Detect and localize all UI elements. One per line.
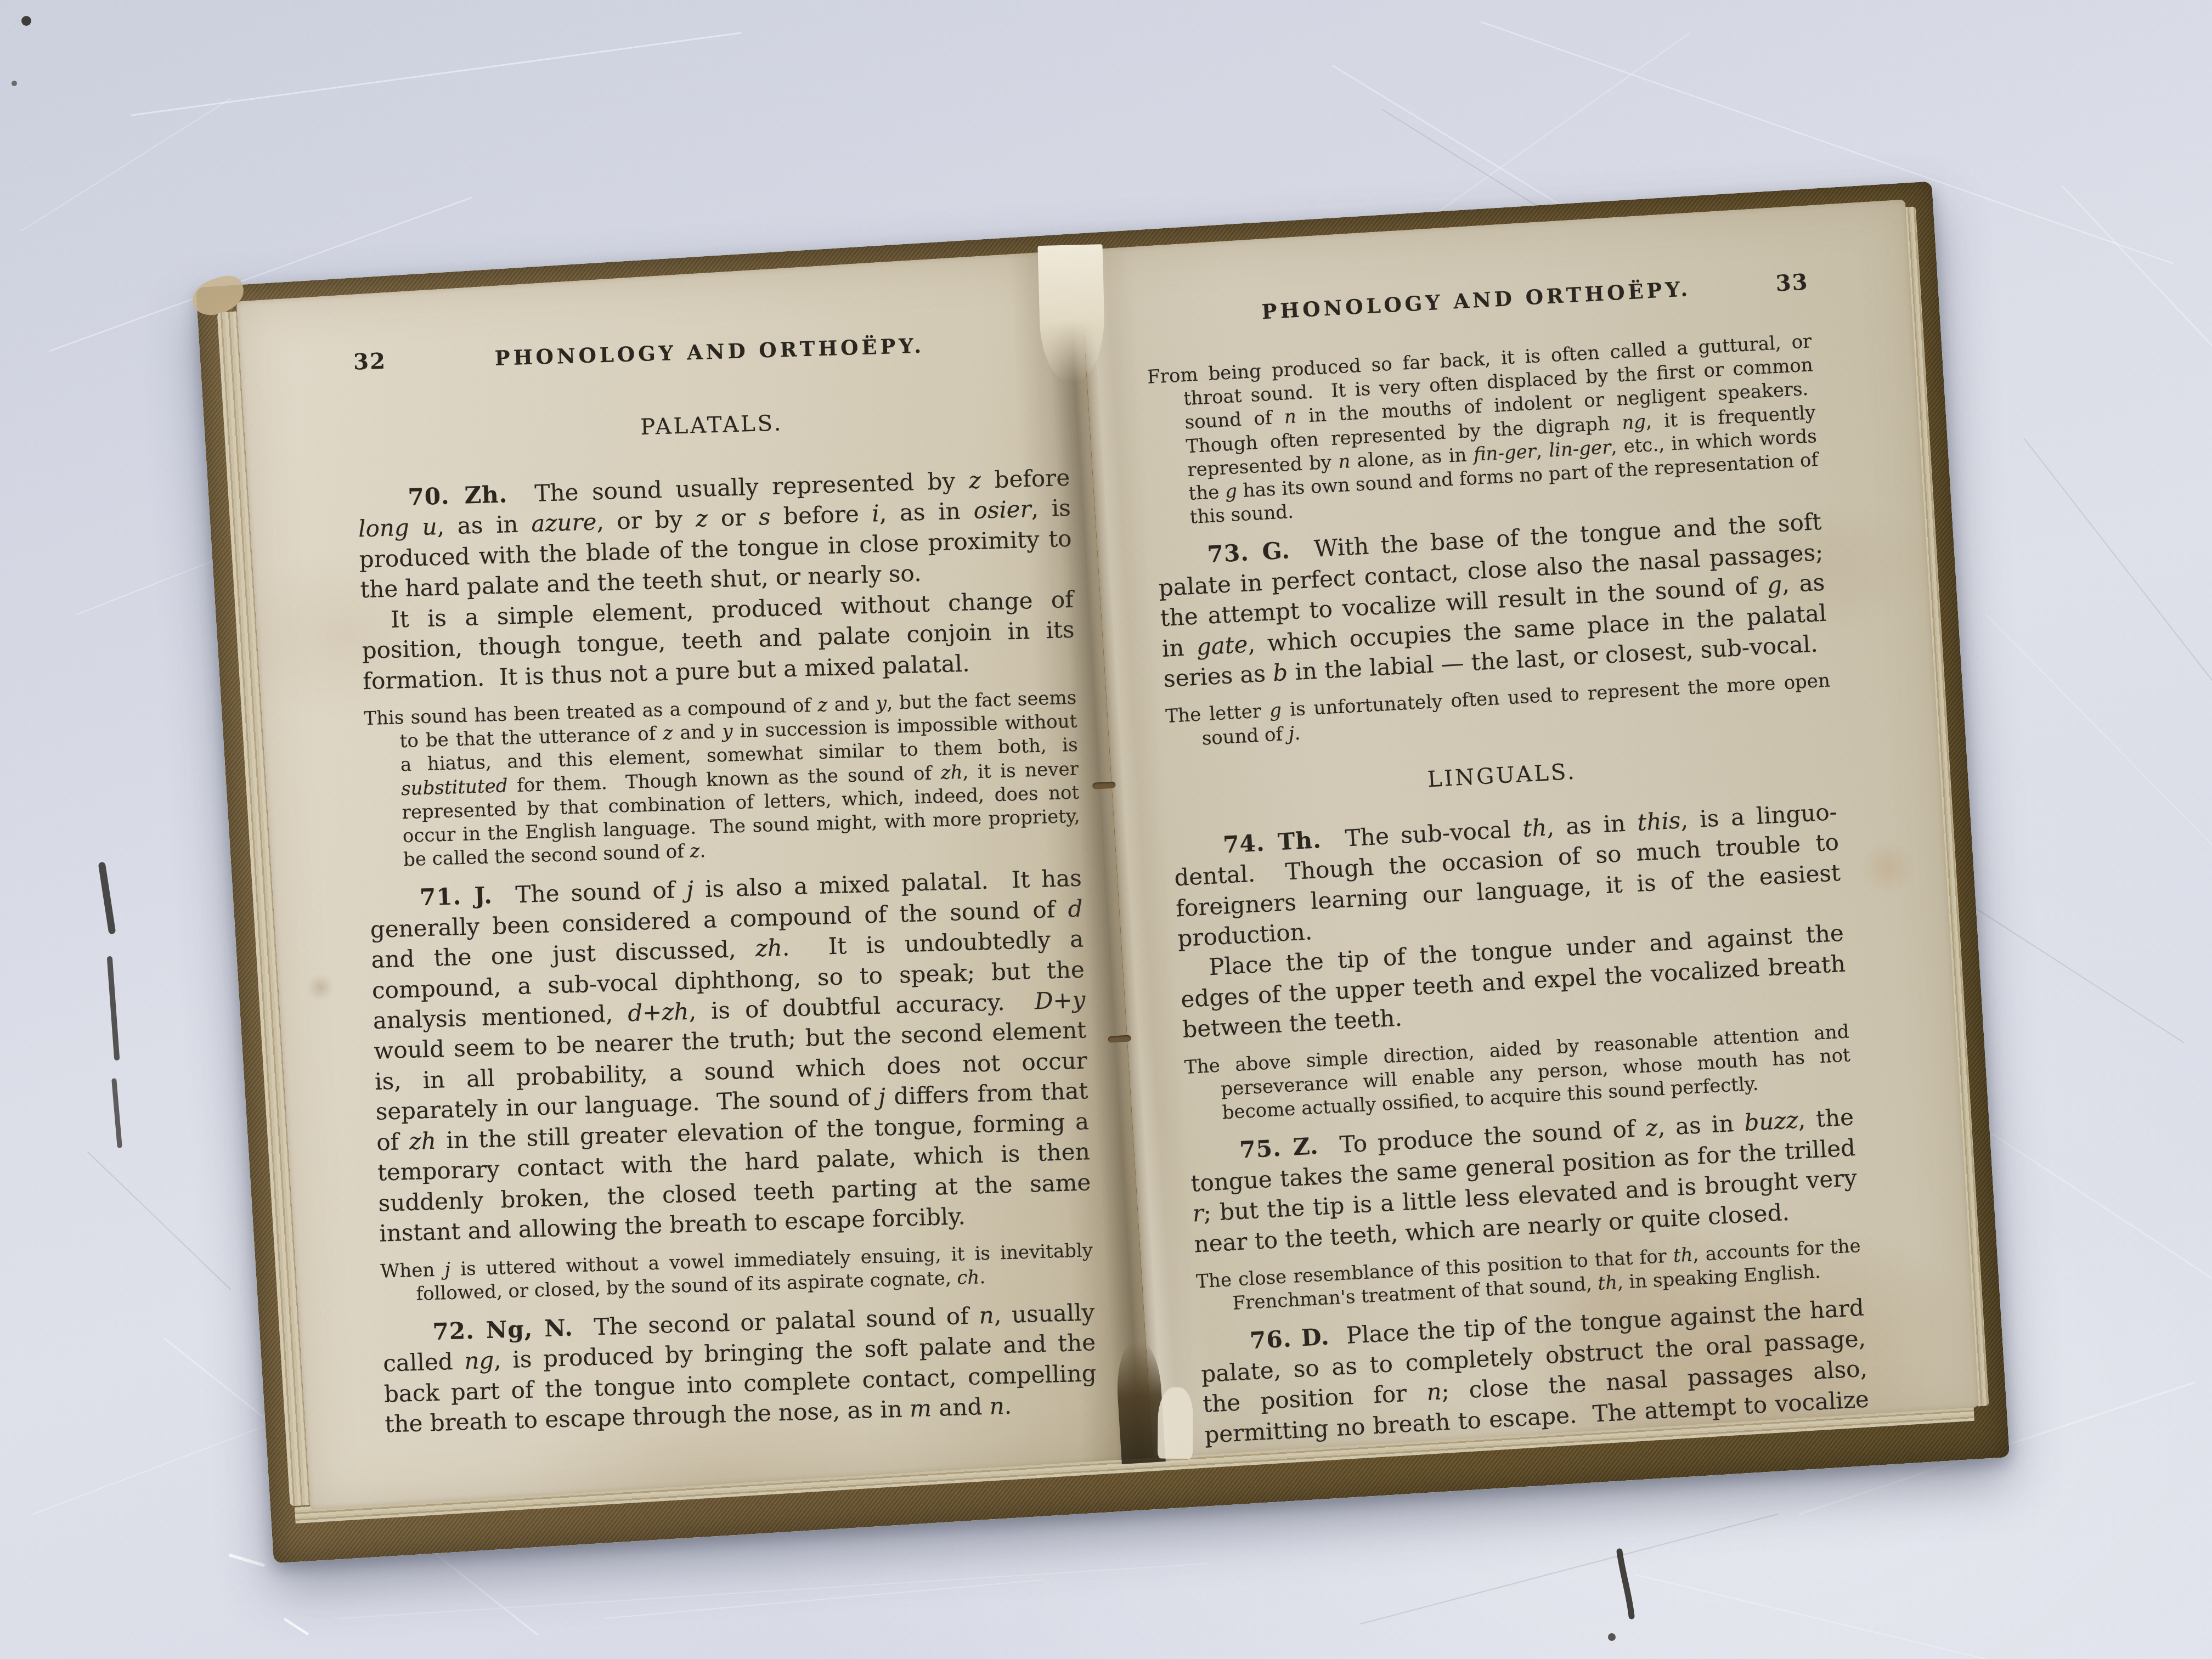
open-pages: 32 PHONOLOGY AND ORTHOËPY. PALATALS. 70.…: [236, 199, 1979, 1509]
left-page-content: 32 PHONOLOGY AND ORTHOËPY. PALATALS. 70.…: [255, 262, 1135, 1497]
binding-stitch-upper: [1092, 781, 1116, 789]
note-72-continued: From being produced so far back, it is o…: [1147, 330, 1820, 531]
paragraph-70-zh: 70. Zh. The sound usually represented by…: [357, 462, 1073, 605]
gutter-torn-paper-bottom: [1158, 1387, 1193, 1459]
right-page: PHONOLOGY AND ORTHOËPY. 33 From being pr…: [1079, 199, 1979, 1458]
photo-open-book: 32 PHONOLOGY AND ORTHOËPY. PALATALS. 70.…: [0, 0, 2212, 1659]
left-page-number: 32: [353, 347, 436, 375]
right-page-content: PHONOLOGY AND ORTHOËPY. 33 From being pr…: [1083, 202, 1975, 1455]
palatals-heading: PALATALS.: [355, 402, 1068, 449]
note-70: This sound has been treated as a compoun…: [364, 686, 1081, 873]
right-page-number: 33: [1725, 269, 1809, 299]
linguals-heading: LINGUALS.: [1169, 745, 1835, 806]
left-page-header: 32 PHONOLOGY AND ORTHOËPY.: [353, 328, 1066, 375]
right-running-head: PHONOLOGY AND ORTHOËPY.: [1226, 275, 1727, 326]
book: 32 PHONOLOGY AND ORTHOËPY. PALATALS. 70.…: [196, 181, 2010, 1563]
right-header-spacer: [1144, 321, 1227, 325]
left-page: 32 PHONOLOGY AND ORTHOËPY. PALATALS. 70.…: [236, 250, 1153, 1510]
paragraph-72-ng-n: 72. Ng, N. The second or palatal sound o…: [382, 1297, 1098, 1440]
paragraph-75-z: 75. Z. To produce the sound of z, as in …: [1188, 1102, 1859, 1260]
paragraph-71-j: 71. J. The sound of j is also a mixed pa…: [369, 863, 1092, 1249]
paragraph-73-g: 73. G. With the base of the tongue and t…: [1156, 506, 1829, 694]
note-71: When j is uttered without a vowel immedi…: [380, 1239, 1094, 1307]
left-running-head: PHONOLOGY AND ORTHOËPY.: [435, 331, 984, 372]
binding-stitch-lower: [1108, 1035, 1131, 1043]
right-page-header: PHONOLOGY AND ORTHOËPY. 33: [1143, 269, 1809, 331]
